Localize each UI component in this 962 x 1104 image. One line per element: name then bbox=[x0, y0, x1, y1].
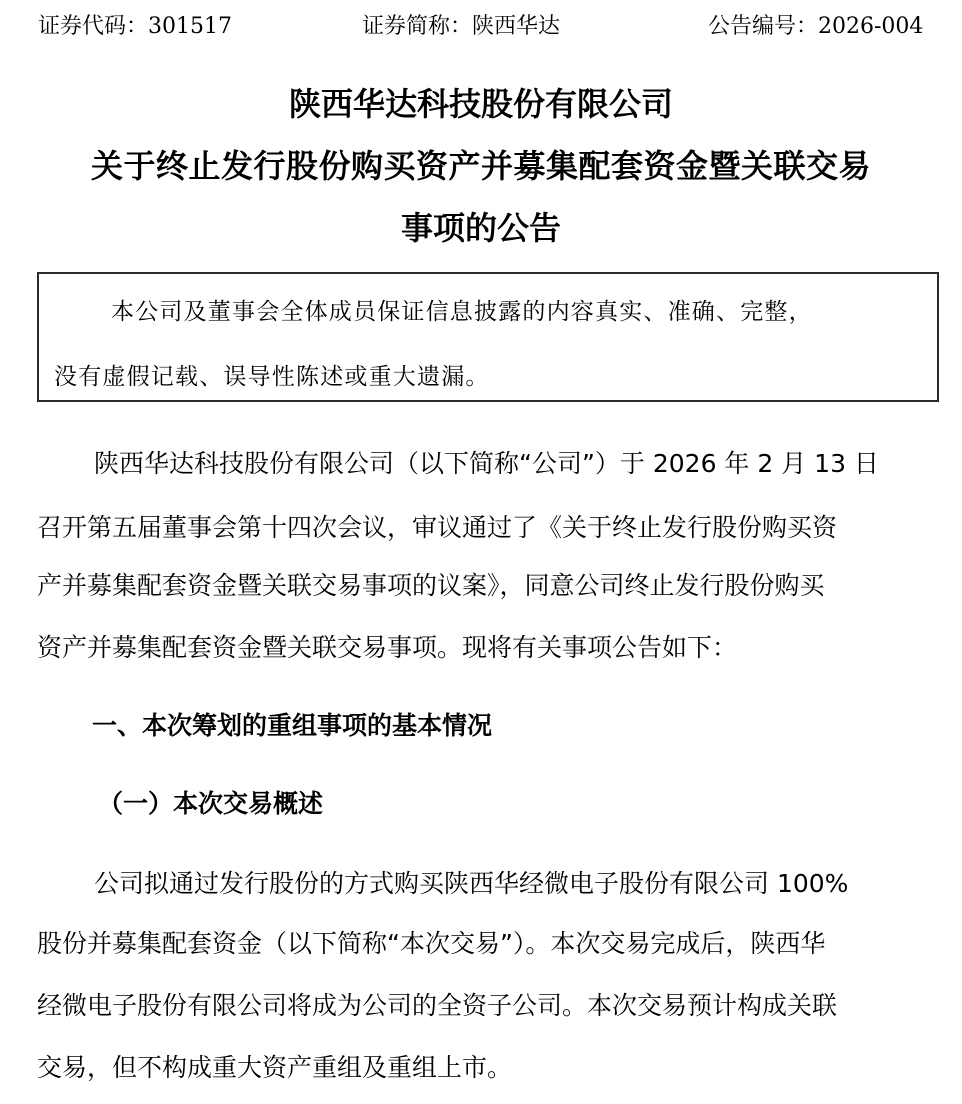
section-heading-1: 一、本次筹划的重组事项的基本情况 bbox=[92, 708, 492, 744]
subsection-heading-1: （一）本次交易概述 bbox=[98, 786, 323, 822]
stock-code: 证券代码：301517 bbox=[38, 10, 232, 44]
title-subject-end: 事项的公告 bbox=[0, 208, 962, 248]
paragraph-2-line-4: 交易，但不构成重大资产重组及重组上市。 bbox=[37, 1050, 512, 1086]
paragraph-2-line-2: 股份并募集配套资金（以下简称“本次交易”）。本次交易完成后，陕西华 bbox=[37, 926, 825, 962]
paragraph-2-line-1: 公司拟通过发行股份的方式购买陕西华经微电子股份有限公司 100% bbox=[94, 866, 848, 902]
disclosure-notice-box: 本公司及董事会全体成员保证信息披露的内容真实、准确、完整， 没有虚假记载、误导性… bbox=[37, 272, 939, 402]
paragraph-1-line-3: 产并募集配套资金暨关联交易事项的议案》，同意公司终止发行股份购买 bbox=[37, 568, 825, 604]
document-header: 证券代码：301517 证券简称：陕西华达 公告编号：2026-004 bbox=[0, 10, 962, 44]
notice-line-1: 本公司及董事会全体成员保证信息披露的内容真实、准确、完整， bbox=[111, 296, 813, 328]
paragraph-2-line-3: 经微电子股份有限公司将成为公司的全资子公司。本次交易预计构成关联 bbox=[37, 988, 837, 1024]
paragraph-1-line-1: 陕西华达科技股份有限公司（以下简称“公司”）于 2026 年 2 月 13 日 bbox=[94, 446, 879, 482]
announcement-number: 公告编号：2026-004 bbox=[708, 10, 923, 44]
paragraph-1-line-4: 资产并募集配套资金暨关联交易事项。现将有关事项公告如下： bbox=[37, 630, 737, 666]
stock-abbreviation: 证券简称：陕西华达 bbox=[362, 10, 560, 44]
notice-line-2: 没有虚假记载、误导性陈述或重大遗漏。 bbox=[54, 361, 490, 393]
title-subject: 关于终止发行股份购买资产并募集配套资金暨关联交易 bbox=[0, 146, 962, 186]
title-company-name: 陕西华达科技股份有限公司 bbox=[0, 84, 962, 124]
paragraph-1-line-2: 召开第五届董事会第十四次会议，审议通过了《关于终止发行股份购买资 bbox=[37, 510, 837, 546]
